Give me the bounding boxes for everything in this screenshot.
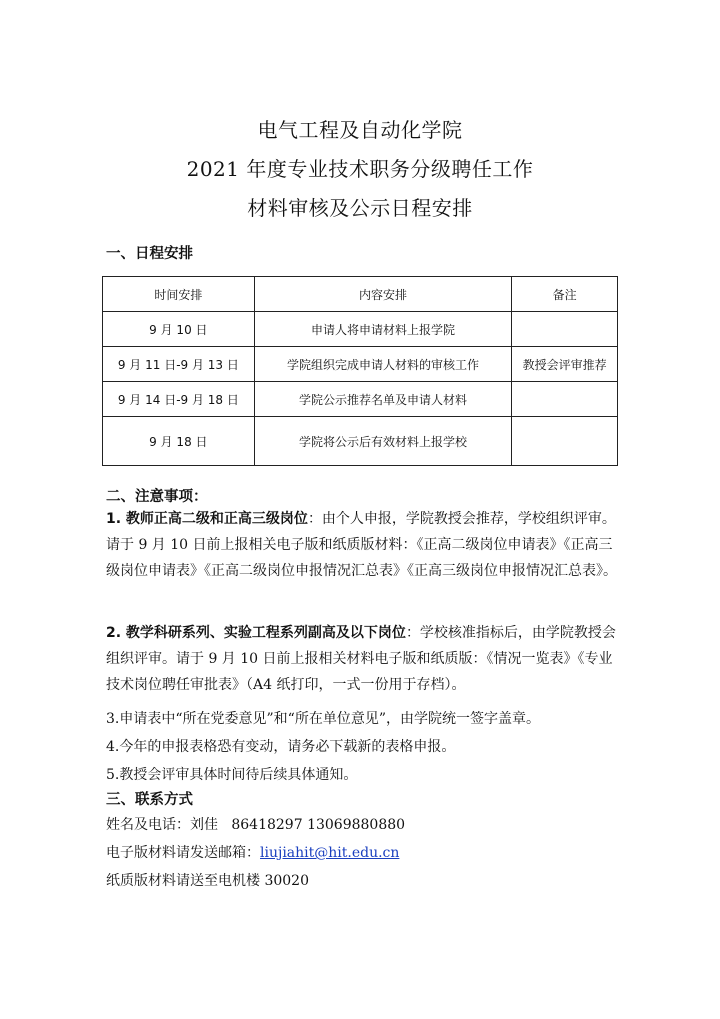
table-cell-time: 9 月 14 日-9 月 18 日 <box>103 382 255 417</box>
title-line-1: 电气工程及自动化学院 <box>0 114 720 143</box>
contact-email-label: 电子版材料请发送邮箱： <box>106 845 260 861</box>
table-row: 9 月 14 日-9 月 18 日 学院公示推荐名单及申请人材料 <box>103 382 618 417</box>
note-item-5: 5.教授会评审具体时间待后续具体通知。 <box>106 764 357 784</box>
contact-address: 纸质版材料请送至电机楼 30020 <box>106 870 309 890</box>
table-row: 9 月 10 日 申请人将申请材料上报学院 <box>103 312 618 347</box>
table-header-note: 备注 <box>512 277 618 312</box>
table-cell-note <box>512 382 618 417</box>
table-cell-time: 9 月 11 日-9 月 13 日 <box>103 347 255 382</box>
schedule-table: 时间安排 内容安排 备注 9 月 10 日 申请人将申请材料上报学院 9 月 1… <box>102 276 618 466</box>
section-heading-notes: 二、注意事项： <box>106 485 208 506</box>
contact-phones: 86418297 13069880880 <box>231 817 405 833</box>
table-header-row: 时间安排 内容安排 备注 <box>103 277 618 312</box>
table-row: 9 月 11 日-9 月 13 日 学院组织完成申请人材料的审核工作 教授会评审… <box>103 347 618 382</box>
section-heading-schedule: 一、日程安排 <box>106 242 193 263</box>
contact-name-phone: 姓名及电话：刘佳 86418297 13069880880 <box>106 814 405 834</box>
table-header-content: 内容安排 <box>254 277 511 312</box>
title-line-3: 材料审核及公示日程安排 <box>0 192 720 221</box>
table-cell-note <box>512 417 618 466</box>
table-cell-note: 教授会评审推荐 <box>512 347 618 382</box>
table-cell-content: 学院组织完成申请人材料的审核工作 <box>254 347 511 382</box>
note-item-2-label: 2. 教学科研系列、实验工程系列副高及以下岗位 <box>106 625 406 641</box>
contact-email-link[interactable]: liujiahit@hit.edu.cn <box>260 845 399 861</box>
table-header-time: 时间安排 <box>103 277 255 312</box>
table-cell-time: 9 月 10 日 <box>103 312 255 347</box>
note-item-4: 4.今年的申报表格恐有变动，请务必下载新的表格申报。 <box>106 736 455 756</box>
table-row: 9 月 18 日 学院将公示后有效材料上报学校 <box>103 417 618 466</box>
note-item-2: 2. 教学科研系列、实验工程系列副高及以下岗位：学校核准指标后，由学院教授会组织… <box>106 620 620 698</box>
table-cell-content: 申请人将申请材料上报学院 <box>254 312 511 347</box>
contact-email-line: 电子版材料请发送邮箱：liujiahit@hit.edu.cn <box>106 842 399 862</box>
note-item-1-label: 1. 教师正高二级和正高三级岗位 <box>106 511 308 527</box>
table-cell-content: 学院将公示后有效材料上报学校 <box>254 417 511 466</box>
table-cell-time: 9 月 18 日 <box>103 417 255 466</box>
note-item-3: 3.申请表中“所在党委意见”和“所在单位意见”，由学院统一签字盖章。 <box>106 708 540 728</box>
title-line-2: 2021 年度专业技术职务分级聘任工作 <box>0 153 720 182</box>
table-cell-note <box>512 312 618 347</box>
note-item-1: 1. 教师正高二级和正高三级岗位：由个人申报，学院教授会推荐，学校组织评审。请于… <box>106 506 620 584</box>
contact-name: 姓名及电话：刘佳 <box>106 817 218 833</box>
table-cell-content: 学院公示推荐名单及申请人材料 <box>254 382 511 417</box>
section-heading-contact: 三、联系方式 <box>106 788 193 809</box>
